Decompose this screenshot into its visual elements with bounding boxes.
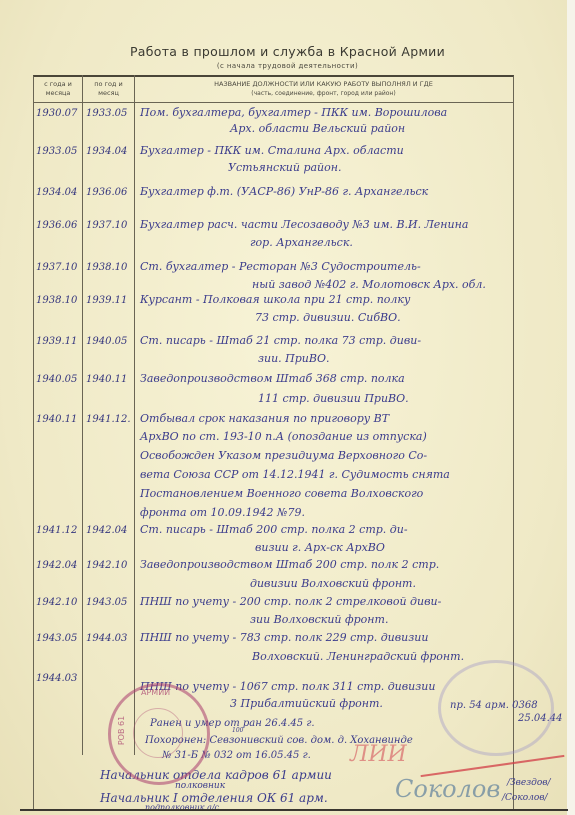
row-text: визии г. Арх-ск АрхВО xyxy=(255,541,385,554)
row-to-date: 1944.03 xyxy=(86,633,127,644)
row-to-date: 1942.04 xyxy=(86,525,127,536)
row-text: Арх. области Вельский район xyxy=(230,122,405,135)
row-text: Курсант - Полковая школа при 21 стр. пол… xyxy=(140,293,410,306)
row-text: Ст. писарь - Штаб 21 стр. полка 73 стр. … xyxy=(140,334,421,347)
row-text: Бухгалтер ф.т. (УАСР-86) УнР-86 г. Архан… xyxy=(140,185,428,198)
stamp-ring-text: АРМИИ xyxy=(141,688,170,697)
row-from-date: 1933.05 xyxy=(36,146,77,157)
row-to-date: 1941.12. xyxy=(86,414,131,425)
row-from-date: 1940.11 xyxy=(36,414,77,425)
faded-stamp xyxy=(438,660,554,756)
row-to-date: 1933.05 xyxy=(86,108,127,119)
row-to-date: 1936.06 xyxy=(86,187,127,198)
row-text: Волховский. Ленинградский фронт. xyxy=(252,650,464,663)
column-header-position: НАЗВАНИЕ ДОЛЖНОСТИ ИЛИ КАКУЮ РАБОТУ ВЫПО… xyxy=(135,80,512,98)
row-text: Ст. писарь - Штаб 200 стр. полка 2 стр. … xyxy=(140,523,408,536)
row-from-date: 1942.10 xyxy=(36,597,77,608)
row-text: Ст. бухгалтер - Ресторан №3 Судостроител… xyxy=(140,260,421,273)
row-text: 111 стр. дивизии ПриВО. xyxy=(258,392,409,405)
row-from-date: 1938.10 xyxy=(36,295,77,306)
row-from-date: 1942.04 xyxy=(36,560,77,571)
column-header-position-title: НАЗВАНИЕ ДОЛЖНОСТИ ИЛИ КАКУЮ РАБОТУ ВЫПО… xyxy=(135,80,512,89)
row-from-date: 1939.11 xyxy=(36,336,77,347)
row-text: Отбывал срок наказания по приговору ВТ xyxy=(140,412,389,425)
row-text: Заведопроизводством Штаб 200 стр. полк 2… xyxy=(140,558,439,571)
column-divider xyxy=(82,75,83,755)
row-from-date: 1944.03 xyxy=(36,673,77,684)
column-divider xyxy=(134,75,135,755)
row-text: Бухгалтер - ПКК им. Сталина Арх. области xyxy=(140,144,404,157)
stamp-emblem xyxy=(133,708,183,758)
row-to-date: 1938.10 xyxy=(86,262,127,273)
row-from-date: 1940.05 xyxy=(36,374,77,385)
row-text: вета Союза ССР от 14.12.1941 г. Судимост… xyxy=(140,468,450,481)
row-text: зии. ПриВО. xyxy=(258,352,329,365)
row-to-date: 1940.05 xyxy=(86,336,127,347)
page-title: Работа в прошлом и служба в Красной Арми… xyxy=(0,44,575,59)
page-subtitle: (с начала трудовой деятельности) xyxy=(0,62,575,70)
row-text: дивизии Волховский фронт. xyxy=(250,577,416,590)
column-header-from: с года и месяца xyxy=(34,80,82,98)
row-from-date: 1943.05 xyxy=(36,633,77,644)
red-signature: ЛИИ xyxy=(350,742,407,767)
row-text: Пом. бухгалтера, бухгалтер - ПКК им. Вор… xyxy=(140,106,447,119)
bottom-rule xyxy=(20,809,568,811)
row-text: ный завод №402 г. Молотовск Арх. обл. xyxy=(252,278,486,291)
row-text: ПНШ по учету - 200 стр. полк 2 стрелково… xyxy=(140,595,441,608)
row-text: Заведопроизводством Штаб 368 стр. полка xyxy=(140,372,405,385)
row-to-date: 1940.11 xyxy=(86,374,127,385)
row-from-date: 1941.12 xyxy=(36,525,77,536)
row-to-date: 1937.10 xyxy=(86,220,127,231)
signature-name-2: /Соколов/ xyxy=(502,793,548,803)
row-text: 3 Прибалтийский фронт. xyxy=(230,697,383,710)
page-edge xyxy=(567,0,575,815)
row-to-date: 1934.04 xyxy=(86,146,127,157)
row-text: АрхВО по ст. 193-10 п.А (опоздание из от… xyxy=(140,430,427,443)
row-from-date: 1934.04 xyxy=(36,187,77,198)
row-text: Бухгалтер расч. части Лесозаводу №3 им. … xyxy=(140,218,468,231)
stamp-ring-side-text: РОВ 61 xyxy=(117,716,126,745)
row-text: гор. Архангельск. xyxy=(250,236,353,249)
row-text: Устьянский район. xyxy=(228,161,342,174)
row-from-date: 1937.10 xyxy=(36,262,77,273)
row-from-date: 1930.07 xyxy=(36,108,77,119)
signature-name-1: /Звездов/ xyxy=(507,778,551,788)
official-stamp: АРМИИ РОВ 61 xyxy=(108,683,210,785)
column-header-position-sub: (часть, соединение, фронт, город или рай… xyxy=(135,89,512,98)
blue-signature: Соколов xyxy=(395,775,500,803)
row-from-date: 1936.06 xyxy=(36,220,77,231)
row-to-date: 1942.10 xyxy=(86,560,127,571)
row-text: ПНШ по учету - 783 стр. полк 229 стр. ди… xyxy=(140,631,428,644)
row-to-date: 1943.05 xyxy=(86,597,127,608)
row-text: Постановлением Военного совета Волховско… xyxy=(140,487,423,500)
header-divider xyxy=(33,102,513,103)
row-to-date: 1939.11 xyxy=(86,295,127,306)
row-text: 73 стр. дивизии. СибВО. xyxy=(255,311,401,324)
note-superscript: 100 xyxy=(232,727,243,734)
row-text: Освобожден Указом президиума Верховного … xyxy=(140,449,427,462)
row-text: зии Волховский фронт. xyxy=(250,613,388,626)
row-text: фронта от 10.09.1942 №79. xyxy=(140,506,305,519)
signature-rank-1: полковник xyxy=(175,781,225,791)
column-header-to: по год и месяц xyxy=(83,80,134,98)
